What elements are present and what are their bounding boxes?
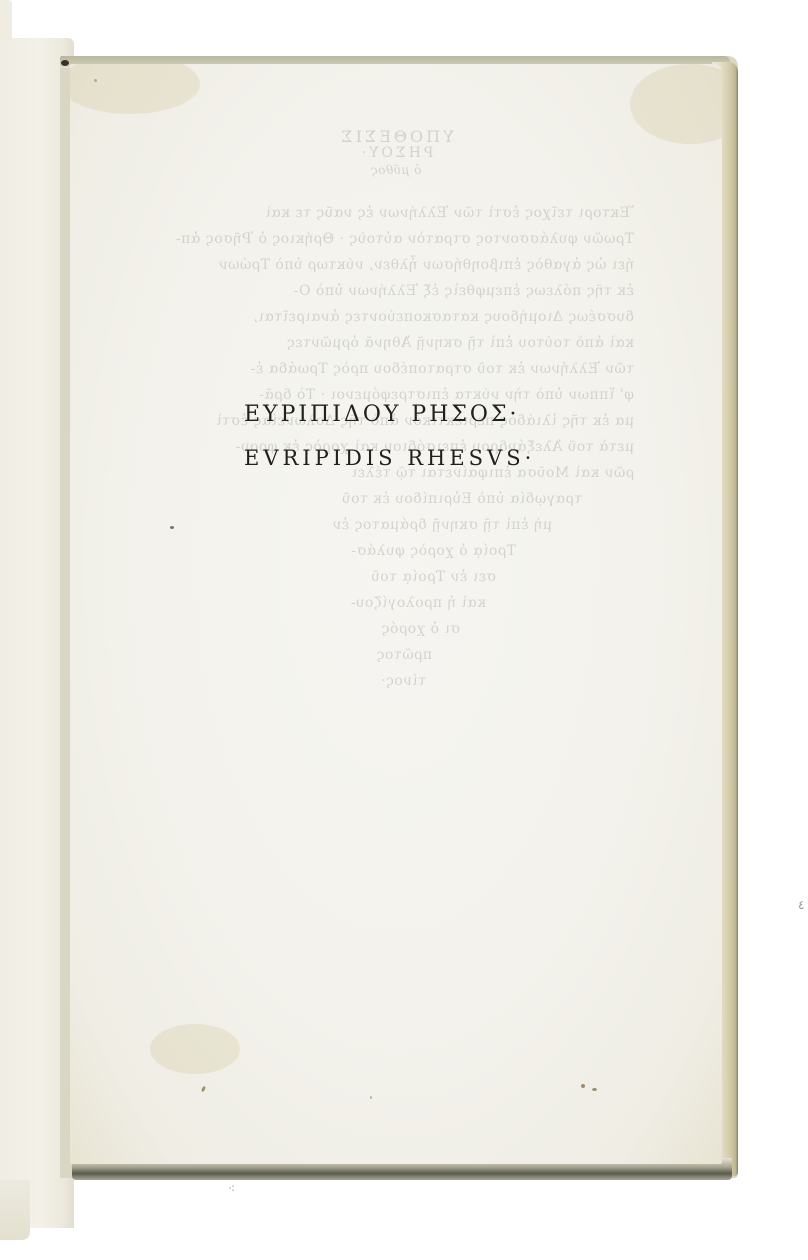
stray-debris-mark: ٤ bbox=[798, 898, 804, 912]
worm-hole-mark bbox=[61, 60, 69, 66]
title-latin: EVRIPIDIS RHESVS· bbox=[70, 446, 722, 470]
left-page-corner bbox=[0, 0, 12, 40]
showthrough-line: ήει ὡς ἀγαθὸς ἐπιβοηθήσων ἦλθεν, νύκτωρ … bbox=[218, 258, 634, 272]
foxing-speck bbox=[592, 1088, 597, 1091]
title-page: ΥΠΟΘΕΣΙΣ ΡΗΣΟΥ· ὁ μῦθος Ἕκτορι τεῖχος ἐσ… bbox=[70, 64, 722, 1164]
foxing-speck bbox=[170, 526, 174, 529]
left-page-bottom-curl bbox=[0, 1180, 30, 1240]
title-greek: ΕΥΡΙΠΙΔΟΥ ΡΗΣΟΣ· bbox=[134, 402, 722, 427]
showthrough-line: φ' ἵππων ὑπὸ τὴν νύκτα ἐπιστρεφόμενοι · … bbox=[259, 388, 634, 402]
showthrough-line: δυσσέως Διομήδους κατασκοπεύοντες ἀναιρε… bbox=[253, 310, 634, 324]
showthrough-label: ὁ μῦθος bbox=[70, 164, 722, 176]
foxing-speck bbox=[581, 1084, 585, 1088]
showthrough-line: ἐκ τῆς πόλεως ἐπεμφθεὶς ἐξ Ἑλλήνων ὑπὸ Ο… bbox=[293, 284, 634, 298]
showthrough-line: Τρωῶν φυλάσσοντος στρατὸν αὐτοὺς · Θρήκι… bbox=[175, 232, 634, 246]
showthrough-line: σει ἐν Τροίᾳ τοῦ bbox=[371, 570, 496, 584]
showthrough-line: μὴ ἐπὶ τῇ σκηνῇ δράματος ἐν bbox=[332, 518, 552, 532]
showthrough-subheading: ΡΗΣΟΥ· bbox=[70, 146, 722, 160]
showthrough-line: σι ὁ χορός bbox=[381, 622, 460, 636]
showthrough-line: καὶ ἀπὸ τούτου ἐπὶ τῇ σκηνῇ Ἀθηνᾶ ὁρμῶντ… bbox=[286, 336, 634, 350]
foxing-speck bbox=[370, 1096, 372, 1099]
showthrough-line: καὶ ἡ προλογίζου- bbox=[350, 596, 486, 610]
age-stain bbox=[150, 1024, 240, 1074]
showthrough-line: Τροίᾳ ὁ χορὸς φυλάσ- bbox=[351, 544, 516, 558]
showthrough-line: Ἕκτορι τεῖχος ἐστὶ τῶν Ἑλλήνων ἐς ναῦς τ… bbox=[265, 206, 634, 220]
title-block: ΕΥΡΙΠΙΔΟΥ ΡΗΣΟΣ· EVRIPIDIS RHESVS· bbox=[70, 402, 722, 470]
showthrough-line: πρῶτος bbox=[376, 648, 432, 662]
showthrough-line: τίνος· bbox=[381, 674, 426, 688]
showthrough-line: τῶν Ἑλλήνων ἐκ τοῦ στρατοπέδου πρὸς Τρωά… bbox=[250, 362, 634, 376]
showthrough-line: τραγῳδία ὑπὸ Εὐριπίδου ἐκ τοῦ bbox=[342, 492, 582, 506]
verso-show-through: ΥΠΟΘΕΣΙΣ ΡΗΣΟΥ· ὁ μῦθος Ἕκτορι τεῖχος ἐσ… bbox=[70, 64, 722, 1164]
stray-debris-mark: ⁖ bbox=[228, 1182, 235, 1196]
foxing-speck bbox=[94, 79, 97, 82]
showthrough-heading: ΥΠΟΘΕΣΙΣ bbox=[70, 129, 722, 145]
